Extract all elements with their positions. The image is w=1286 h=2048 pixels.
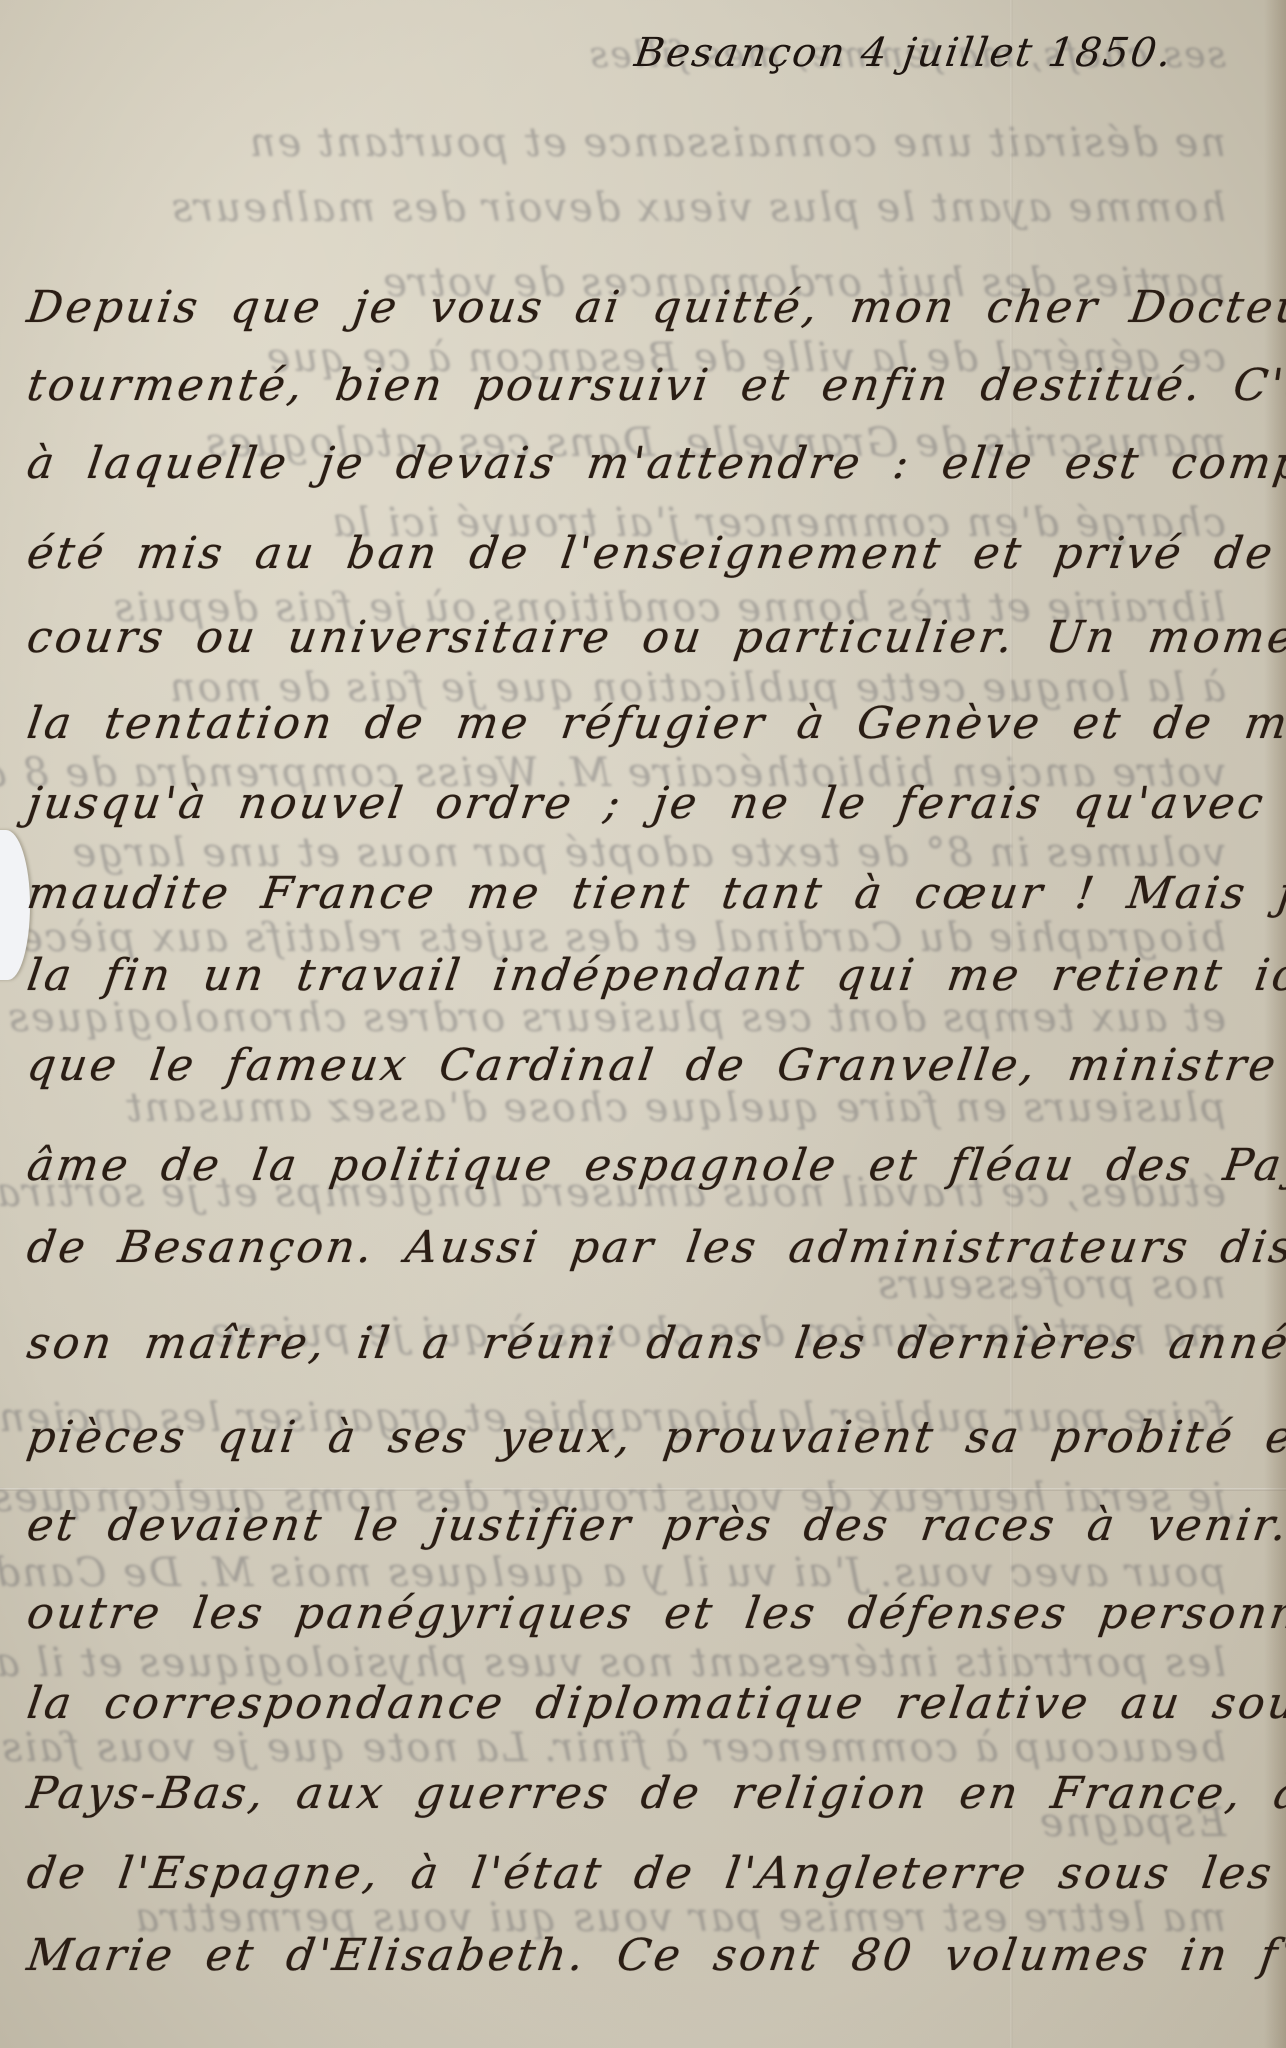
letter-line: âme de la politique espagnole et fléau d…: [24, 1140, 1271, 1191]
letter-line: Marie et d'Elisabeth. Ce sont 80 volumes…: [24, 1930, 1271, 1981]
letter-page: ne désirait une connaissance et pourtant…: [0, 0, 1286, 2048]
letter-date: Besançon 4 juillet 1850.: [632, 30, 1176, 76]
letter-line: maudite France me tient tant à cœur ! Ma…: [24, 868, 1271, 919]
letter-line: cours ou universitaire ou particulier. U…: [24, 612, 1271, 663]
bleed-through-line: beaucoup à commencer à finir. La note qu…: [0, 1725, 1286, 1771]
letter-line: à laquelle je devais m'attendre : elle e…: [24, 438, 1271, 489]
letter-line: la correspondance diplomatique relative …: [24, 1678, 1271, 1729]
letter-line: outre les panégyriques et les défenses p…: [24, 1588, 1271, 1639]
letter-line: été mis au ban de l'enseignement et priv…: [24, 528, 1271, 579]
letter-line: de l'Espagne, à l'état de l'Angleterre s…: [24, 1848, 1271, 1899]
letter-line: la tentation de me réfugier à Genève et …: [24, 698, 1271, 749]
fold-crease: [0, 1488, 1286, 1491]
bleed-through-line: homme ayant le plus vieux devoir des mal…: [0, 185, 1286, 231]
bleed-through-line: plusieurs en faire quelque chose d'assez…: [0, 1085, 1286, 1131]
bleed-through-line: et aux temps dont ces plusieurs ordres c…: [0, 995, 1286, 1041]
letter-line: Depuis que je vous ai quitté, mon cher D…: [24, 282, 1271, 333]
letter-line: la fin un travail indépendant qui me ret…: [24, 950, 1271, 1001]
bleed-through-line: ne désirait une connaissance et pourtant…: [0, 120, 1286, 166]
letter-line: pièces qui à ses yeux, prouvaient sa pro…: [24, 1412, 1271, 1463]
letter-line: tourmenté, bien poursuivi et enfin desti…: [24, 360, 1271, 411]
letter-line: jusqu'à nouvel ordre ; je ne le ferais q…: [24, 778, 1271, 829]
letter-line: Pays-Bas, aux guerres de religion en Fra…: [24, 1768, 1271, 1819]
letter-line: son maître, il a réuni dans les dernière…: [24, 1318, 1271, 1369]
letter-line: que le fameux Cardinal de Granvelle, min…: [24, 1040, 1271, 1091]
letter-line: et devaient le justifier près des races …: [24, 1500, 1271, 1551]
letter-line: de Besançon. Aussi par les administrateu…: [24, 1222, 1271, 1273]
